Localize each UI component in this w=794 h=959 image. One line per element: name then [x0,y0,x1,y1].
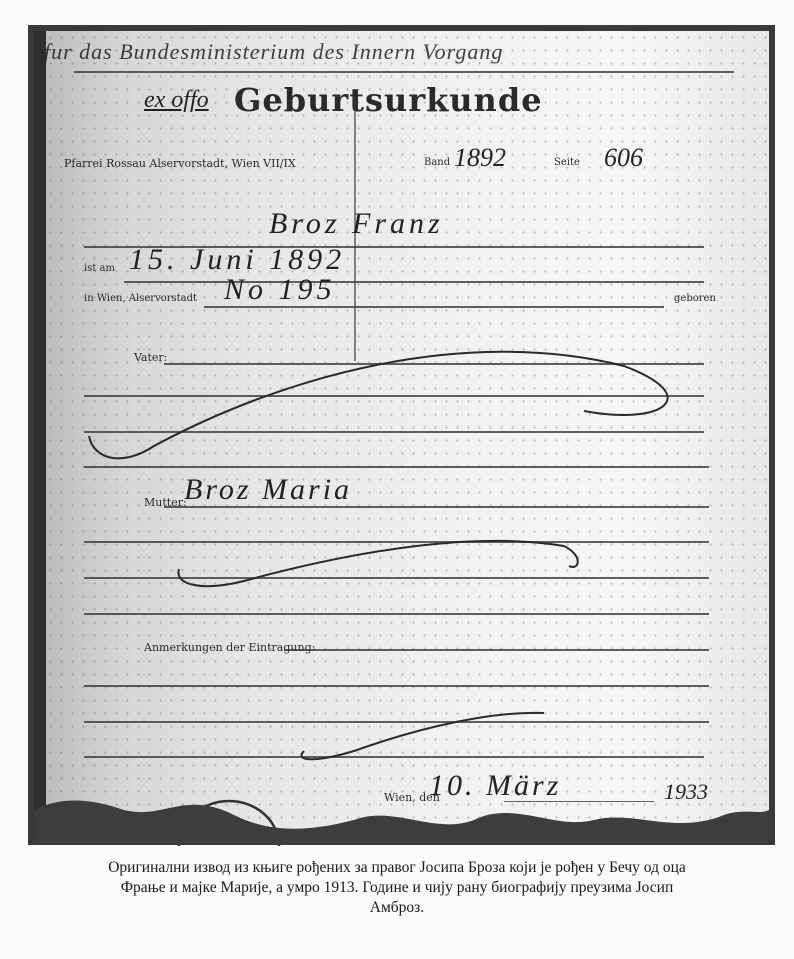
photo-dark-edge [34,31,46,845]
photo-caption: Оригинални извод из књиге рођених за пра… [20,858,774,918]
caption-line-2: Фрање и мајке Марије, а умро 1913. Годин… [20,878,774,898]
born-label: geboren [674,293,716,304]
register-line: Pfarrei Rossau Alservorstadt, Wien VII/I… [64,157,296,170]
place-label: in Wien, Alservorstadt [84,293,197,304]
place-rule [204,306,664,308]
caption-line-3: Амброз. [20,898,774,918]
caption-line-1: Оригинални извод из књиге рођених за пра… [20,858,774,878]
document-title: Geburtsurkunde [234,81,543,119]
father-strike-flourish [84,336,704,466]
birth-date-rule [124,281,704,283]
birth-label: ist am [84,263,115,274]
mother-strike-flourish [174,531,594,601]
child-name: Broz Franz [269,207,444,241]
register-folio-label: Seite [554,157,580,168]
notes-rule-1 [284,649,709,651]
birth-date: 15. Juni 1892 [129,243,345,277]
house-number: No 195 [224,273,336,307]
register-year: 1892 [454,143,506,173]
notes-label: Anmerkungen der Eintragung: [144,641,315,654]
birth-certificate-photo: fur das Bundesministerium des Innern Vor… [28,25,775,845]
register-folio: 606 [604,143,643,173]
mother-name: Broz Maria [184,473,352,507]
father-rule-4 [84,466,709,468]
ex-officio-mark: ex offo [144,87,209,114]
notes-strike-flourish [294,701,554,761]
mother-rule-4 [84,613,709,615]
mother-rule-1 [164,506,709,508]
header-handwriting: fur das Bundesministerium des Innern Vor… [44,39,503,65]
notes-rule-2 [84,685,709,687]
header-rule [74,71,734,73]
torn-bottom-edge [34,790,769,845]
register-year-label: Band [424,157,450,168]
